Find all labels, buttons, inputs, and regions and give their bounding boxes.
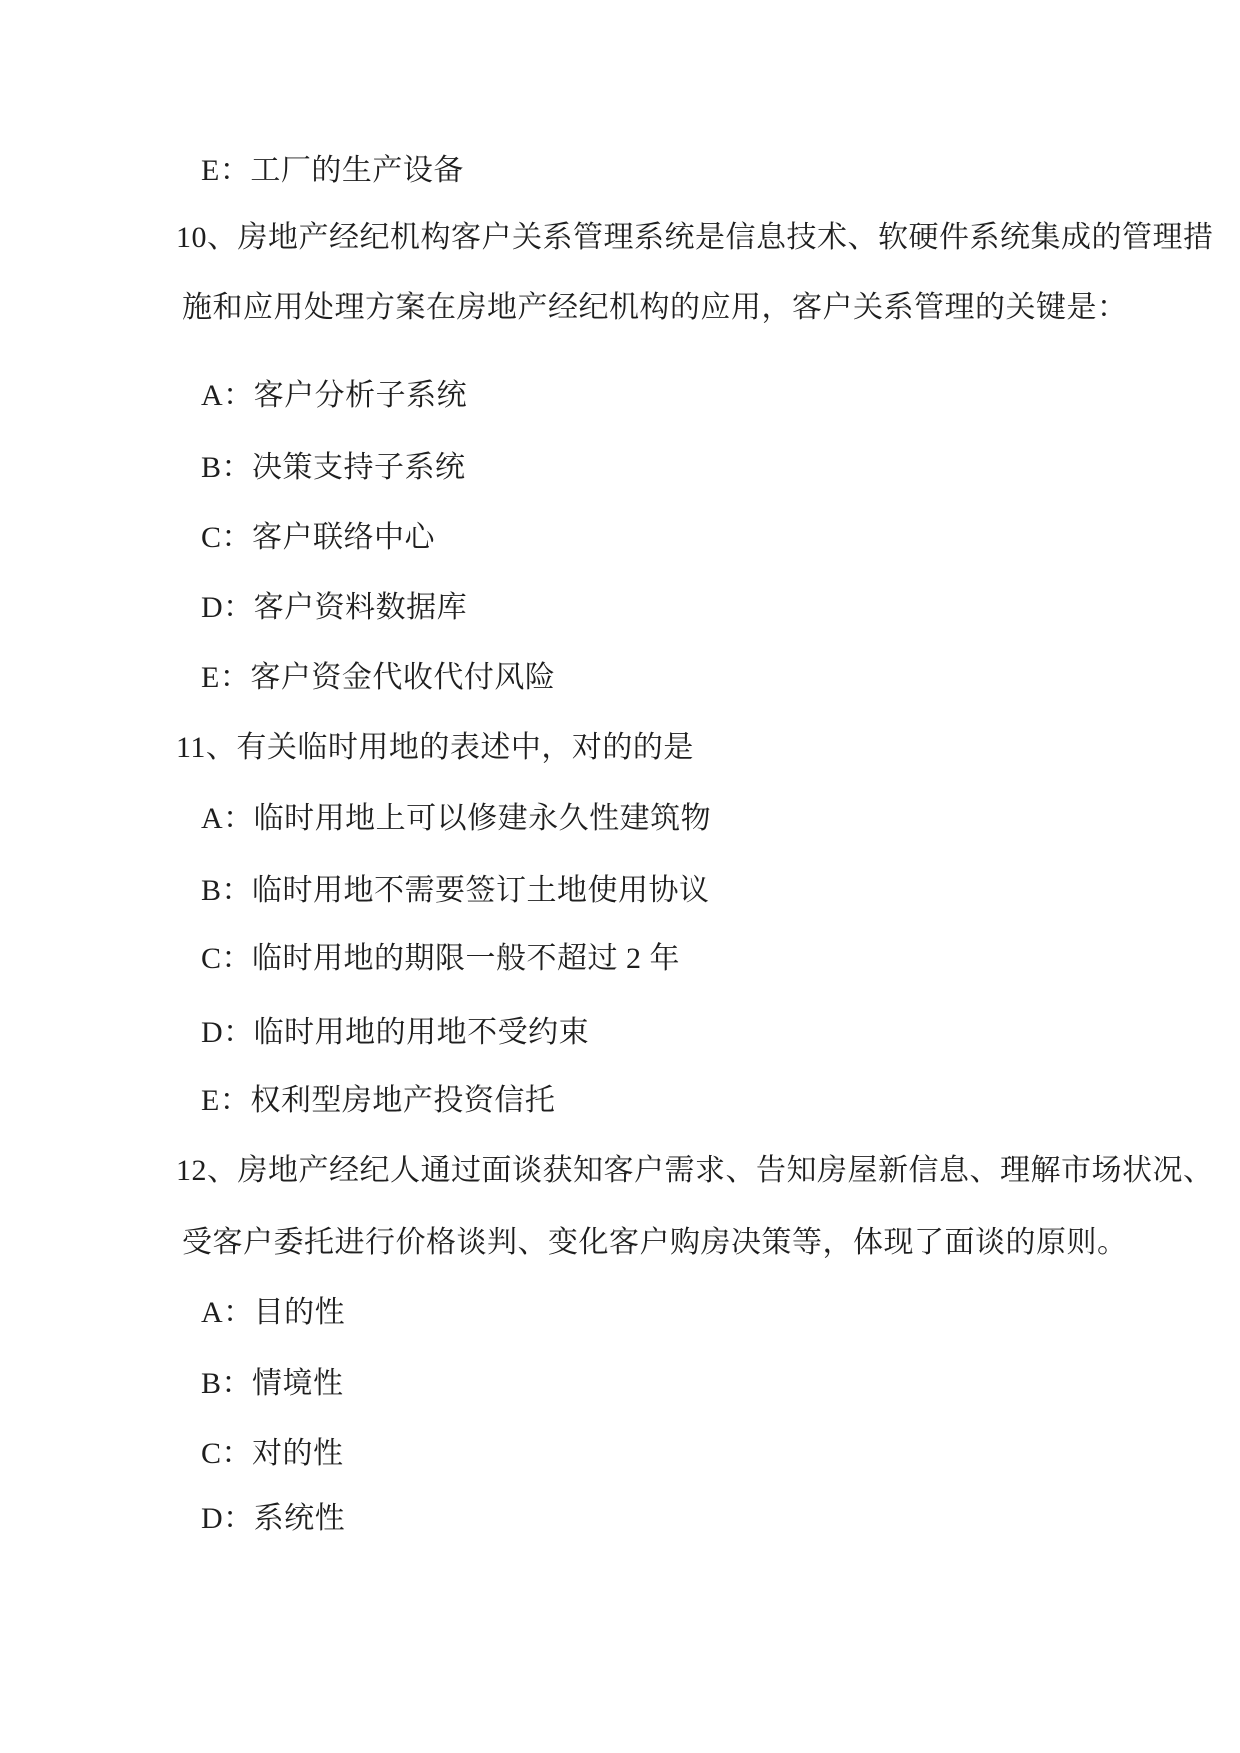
question-12-option-c: C：对的性 [201, 1436, 344, 1472]
question-10-stem-line-1: 10、房地产经纪机构客户关系管理系统是信息技术、软硬件系统集成的管理措 [176, 220, 1214, 256]
question-11-option-c: C：临时用地的期限一般不超过 2 年 [201, 941, 680, 977]
question-10-option-c: C：客户联络中心 [201, 520, 435, 556]
question-9-option-e: E：工厂的生产设备 [201, 153, 464, 189]
question-11-stem: 11、有关临时用地的表述中，对的的是 [176, 730, 694, 766]
question-12-option-a: A：目的性 [201, 1295, 345, 1331]
question-10-option-d: D：客户资料数据库 [201, 590, 467, 626]
question-10-option-b: B：决策支持子系统 [201, 450, 466, 486]
question-12-stem-line-2: 受客户委托进行价格谈判、变化客户购房决策等，体现了面谈的原则。 [182, 1225, 1128, 1261]
question-11-option-d: D：临时用地的用地不受约束 [201, 1015, 589, 1051]
question-12-stem-line-1: 12、房地产经纪人通过面谈获知客户需求、告知房屋新信息、理解市场状况、 [176, 1153, 1214, 1189]
question-11-option-a: A：临时用地上可以修建永久性建筑物 [201, 801, 711, 837]
question-11-option-b: B：临时用地不需要签订土地使用协议 [201, 873, 710, 909]
question-11-option-e: E：权利型房地产投资信托 [201, 1083, 555, 1119]
question-12-option-b: B：情境性 [201, 1366, 344, 1402]
question-10-stem-line-2: 施和应用处理方案在房地产经纪机构的应用，客户关系管理的关键是： [182, 290, 1128, 326]
question-12-option-d: D：系统性 [201, 1501, 345, 1537]
question-10-option-e: E：客户资金代收代付风险 [201, 660, 555, 696]
question-10-option-a: A：客户分析子系统 [201, 378, 467, 414]
exam-document-page: E：工厂的生产设备 10、房地产经纪机构客户关系管理系统是信息技术、软硬件系统集… [0, 0, 1240, 1753]
